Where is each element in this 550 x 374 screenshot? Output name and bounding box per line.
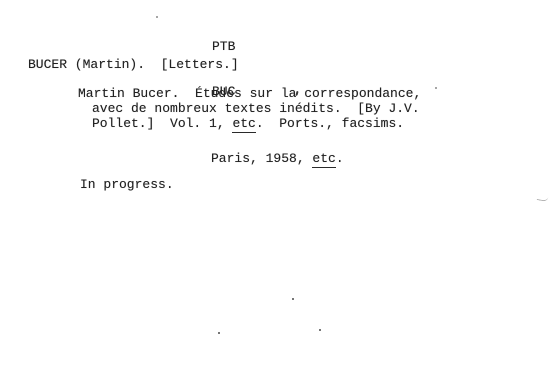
speck-top-left	[156, 16, 158, 18]
imprint-post: .	[336, 151, 344, 166]
imprint-pre: Paris, 1958,	[211, 151, 312, 166]
body-line-3: Pollet.] Vol. 1, etc. Ports., facsims.	[92, 116, 404, 131]
catalog-card: PTB BUC BUCER (Martin). [Letters.] Marti…	[0, 0, 550, 374]
speck-bottom-left	[218, 332, 220, 334]
imprint-etc: etc	[312, 151, 335, 168]
shelfmark-line-1: PTB	[212, 39, 243, 54]
heading-author: BUCER (Martin). [Letters.]	[28, 57, 239, 72]
body-line-1: Martin Bucer. Études sur la correspondan…	[78, 86, 421, 101]
note-in-progress: In progress.	[80, 177, 174, 192]
speck-bottom-right	[319, 329, 321, 331]
speck-mid-lower	[292, 298, 294, 300]
body-line-3-pre: Pollet.] Vol. 1,	[92, 116, 232, 131]
body-line-3-etc: etc	[232, 116, 255, 133]
squiggle-right-edge	[537, 195, 549, 202]
speck-above-line1	[435, 87, 437, 89]
body-line-3-post: . Ports., facsims.	[256, 116, 404, 131]
body-line-2: avec de nombreux textes inédits. [By J.V…	[92, 101, 420, 116]
imprint: Paris, 1958, etc.	[211, 151, 344, 166]
